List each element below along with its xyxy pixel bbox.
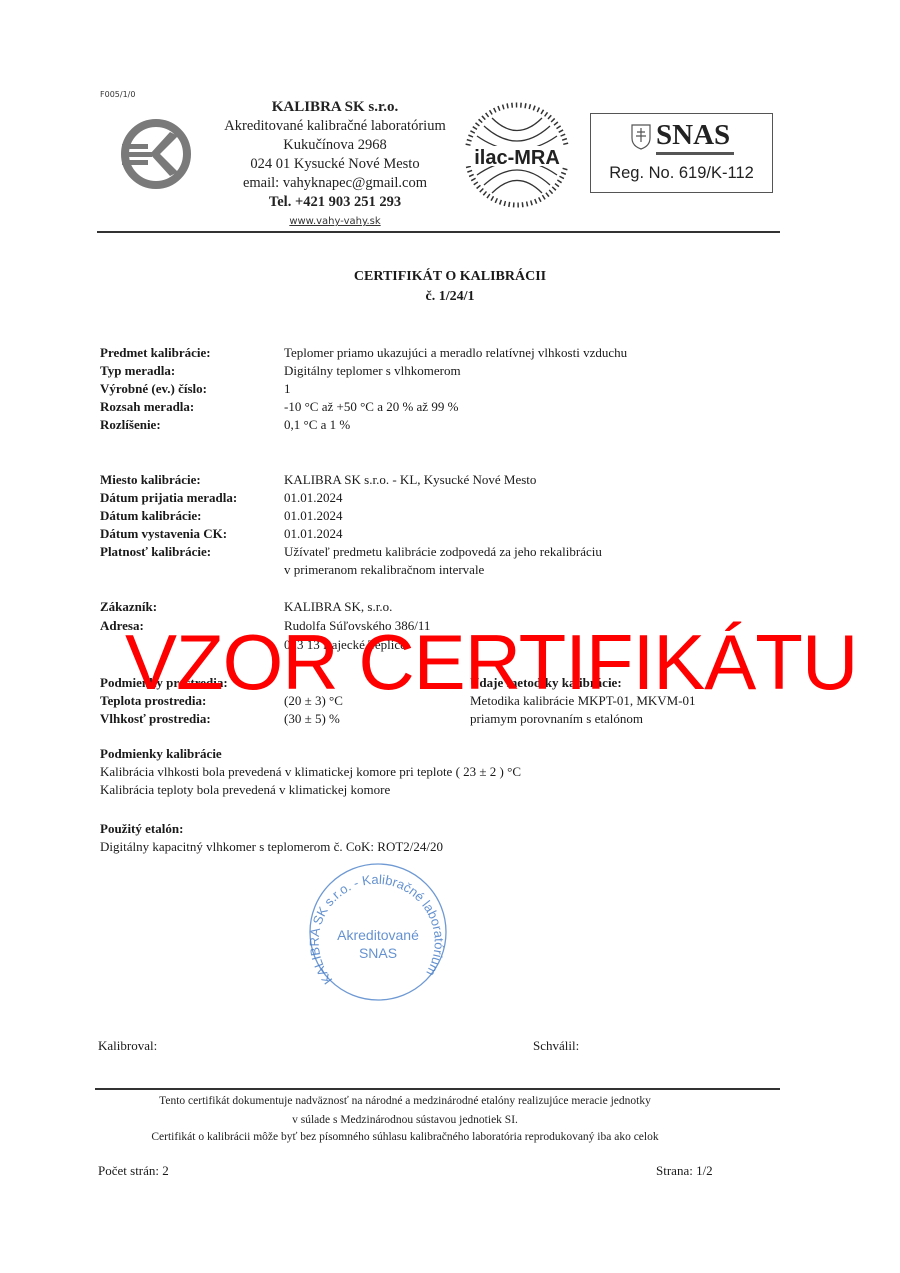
conditions-line: Kalibrácia vlhkosti bola prevedená v kli… <box>100 763 521 781</box>
certificate-title: CERTIFIKÁT O KALIBRÁCII <box>0 269 900 285</box>
svg-text:Akreditované: Akreditované <box>337 927 419 943</box>
field-value: Teplomer priamo ukazujúci a meradlo rela… <box>284 344 627 362</box>
field-label: Predmet kalibrácie: <box>100 344 211 362</box>
page-count: Počet strán: 2 <box>98 1163 169 1179</box>
field-value: 01.01.2024 <box>284 507 343 525</box>
company-phone: Tel. +421 903 251 293 <box>220 193 450 212</box>
field-value: Digitálny teplomer s vlhkomerom <box>284 362 461 380</box>
field-label: Dátum vystavenia CK: <box>100 525 227 543</box>
field-label: Dátum prijatia meradla: <box>100 489 237 507</box>
snas-registration-number: Reg. No. 619/K-112 <box>591 164 772 183</box>
field-value: 01.01.2024 <box>284 525 343 543</box>
sample-watermark: VZOR CERTIFIKÁTU <box>125 622 857 702</box>
slovak-coat-of-arms-icon <box>631 124 651 150</box>
field-label: Rozsah meradla: <box>100 398 194 416</box>
field-value: 1 <box>284 380 291 398</box>
method-line: priamym porovnaním s etalónom <box>470 710 643 728</box>
field-label: Rozlíšenie: <box>100 416 161 434</box>
field-value: (30 ± 5) % <box>284 710 340 728</box>
company-city: 024 01 Kysucké Nové Mesto <box>220 155 450 174</box>
certificate-number: č. 1/24/1 <box>0 289 900 305</box>
kalibra-logo-icon <box>120 118 192 190</box>
page-number: Strana: 1/2 <box>656 1163 713 1179</box>
company-name: KALIBRA SK s.r.o. <box>220 98 450 117</box>
calibrated-by-label: Kalibroval: <box>98 1038 157 1054</box>
footer-note: Tento certifikát dokumentuje nadväznosť … <box>0 1092 810 1111</box>
header-divider <box>97 231 780 233</box>
field-value: Užívateľ predmetu kalibrácie zodpovedá z… <box>284 543 602 561</box>
company-email: email: vahyknapec@gmail.com <box>220 174 450 193</box>
field-label: Typ meradla: <box>100 362 175 380</box>
form-code: F005/1/0 <box>100 90 135 99</box>
approved-by-label: Schválil: <box>533 1038 579 1054</box>
field-value: KALIBRA SK, s.r.o. <box>284 598 392 616</box>
footer-note: Certifikát o kalibrácii môže byť bez pís… <box>0 1128 810 1147</box>
field-label: Platnosť kalibrácie: <box>100 543 211 561</box>
svg-text:ilac-MRA: ilac-MRA <box>474 147 560 169</box>
conditions-heading: Podmienky kalibrácie <box>100 745 222 763</box>
snas-title: SNAS <box>656 119 730 152</box>
field-value: 01.01.2024 <box>284 489 343 507</box>
company-subtitle: Akreditované kalibračné laboratórium <box>220 117 450 136</box>
field-value-continued: v primeranom rekalibračnom intervale <box>284 561 484 579</box>
footer-divider <box>95 1088 780 1090</box>
field-value: 0,1 °C a 1 % <box>284 416 350 434</box>
standard-value: Digitálny kapacitný vlhkomer s teplomero… <box>100 838 443 856</box>
company-header: KALIBRA SK s.r.o. Akreditované kalibračn… <box>220 98 450 231</box>
field-value: -10 °C až +50 °C a 20 % až 99 % <box>284 398 458 416</box>
field-label: Výrobné (ev.) číslo: <box>100 380 207 398</box>
field-label: Vlhkosť prostredia: <box>100 710 211 728</box>
svg-text:SNAS: SNAS <box>359 945 397 961</box>
field-value: KALIBRA SK s.r.o. - KL, Kysucké Nové Mes… <box>284 471 536 489</box>
standard-heading: Použitý etalón: <box>100 820 183 838</box>
field-label: Miesto kalibrácie: <box>100 471 201 489</box>
certificate-title-block: CERTIFIKÁT O KALIBRÁCII č. 1/24/1 <box>0 269 900 305</box>
company-website-link[interactable]: www.vahy-vahy.sk <box>220 212 450 231</box>
accreditation-stamp-icon: KALIBRA SK s.r.o. - Kalibračné laboratór… <box>303 862 453 1002</box>
snas-underline <box>656 152 734 155</box>
field-label: Dátum kalibrácie: <box>100 507 201 525</box>
field-label: Zákazník: <box>100 598 157 616</box>
snas-accreditation-box: SNAS Reg. No. 619/K-112 <box>590 113 773 193</box>
conditions-line: Kalibrácia teploty bola prevedená v klim… <box>100 781 390 799</box>
ilac-mra-logo-icon: ilac-MRA <box>462 98 572 213</box>
company-street: Kukučínova 2968 <box>220 136 450 155</box>
